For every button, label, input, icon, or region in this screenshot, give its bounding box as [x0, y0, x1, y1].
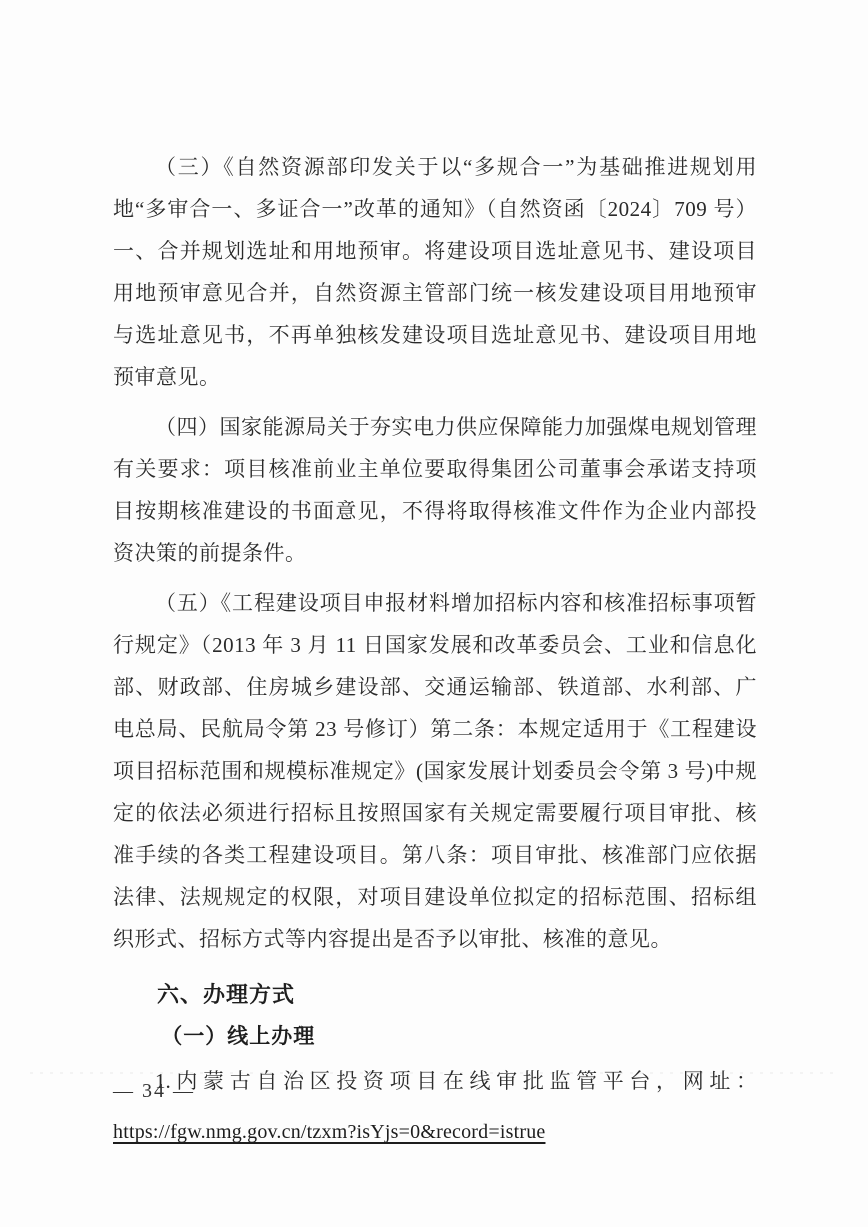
document-page: （三）《自然资源部印发关于以“多规合一”为基础推进规划用地“多审合一、多证合一”… [0, 0, 868, 1227]
section-heading-six-handling-method: 六、办理方式 [113, 974, 757, 1016]
page-number: — 34 — [113, 1080, 195, 1103]
subsection-heading-online-handling: （一）线上办理 [113, 1016, 757, 1058]
scan-artifact-line [30, 1072, 838, 1074]
paragraph-item-four: （四）国家能源局关于夯实电力供应保障能力加强煤电规划管理有关要求：项目核准前业主… [113, 406, 757, 574]
paragraph-item-three: （三）《自然资源部印发关于以“多规合一”为基础推进规划用地“多审合一、多证合一”… [113, 146, 757, 398]
paragraph-item-five: （五）《工程建设项目申报材料增加招标内容和核准招标事项暂行规定》（2013 年 … [113, 582, 757, 960]
platform-url-link: https://fgw.nmg.gov.cn/tzxm?isYjs=0&reco… [113, 1118, 757, 1146]
document-content: （三）《自然资源部印发关于以“多规合一”为基础推进规划用地“多审合一、多证合一”… [113, 146, 757, 1146]
online-platform-line: 1.内蒙古自治区投资项目在线审批监管平台，网址： [113, 1060, 757, 1102]
